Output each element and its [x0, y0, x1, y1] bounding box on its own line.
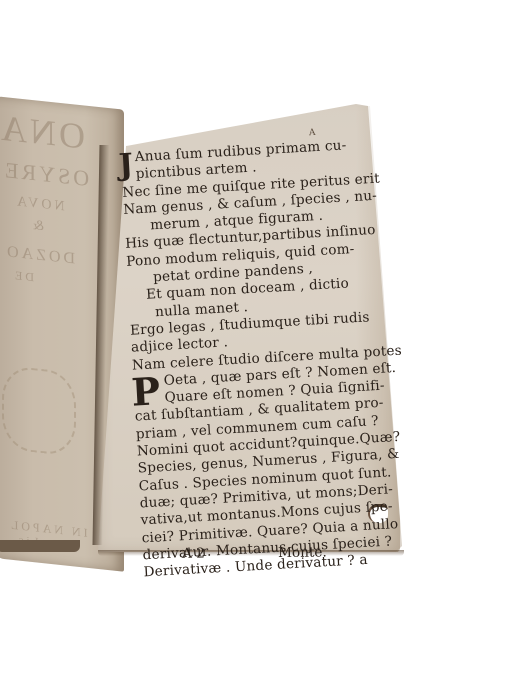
showthrough-text: &: [30, 218, 44, 235]
book-cover-edge: [0, 540, 80, 552]
catchword: Monte.: [278, 545, 327, 561]
drop-cap: J: [118, 151, 134, 180]
drop-cap: P: [131, 375, 162, 409]
showthrough-text: OSYRE: [2, 157, 89, 192]
page-text: JAnua ſum rudibus primam cu- picntibus a…: [120, 135, 414, 582]
showthrough-text: DE: [12, 268, 34, 285]
showthrough-ornament: [2, 365, 76, 457]
showthrough-text: ONA: [0, 106, 85, 157]
signature-mark: A 2: [182, 546, 205, 562]
book-photograph: ONA OSYRE NOVA & DOZAO DE IN NAPOL Cu Li…: [0, 0, 525, 700]
page-mark: A: [309, 128, 316, 138]
showthrough-text: NOVA: [14, 194, 65, 215]
showthrough-text: DOZAO: [4, 243, 75, 268]
